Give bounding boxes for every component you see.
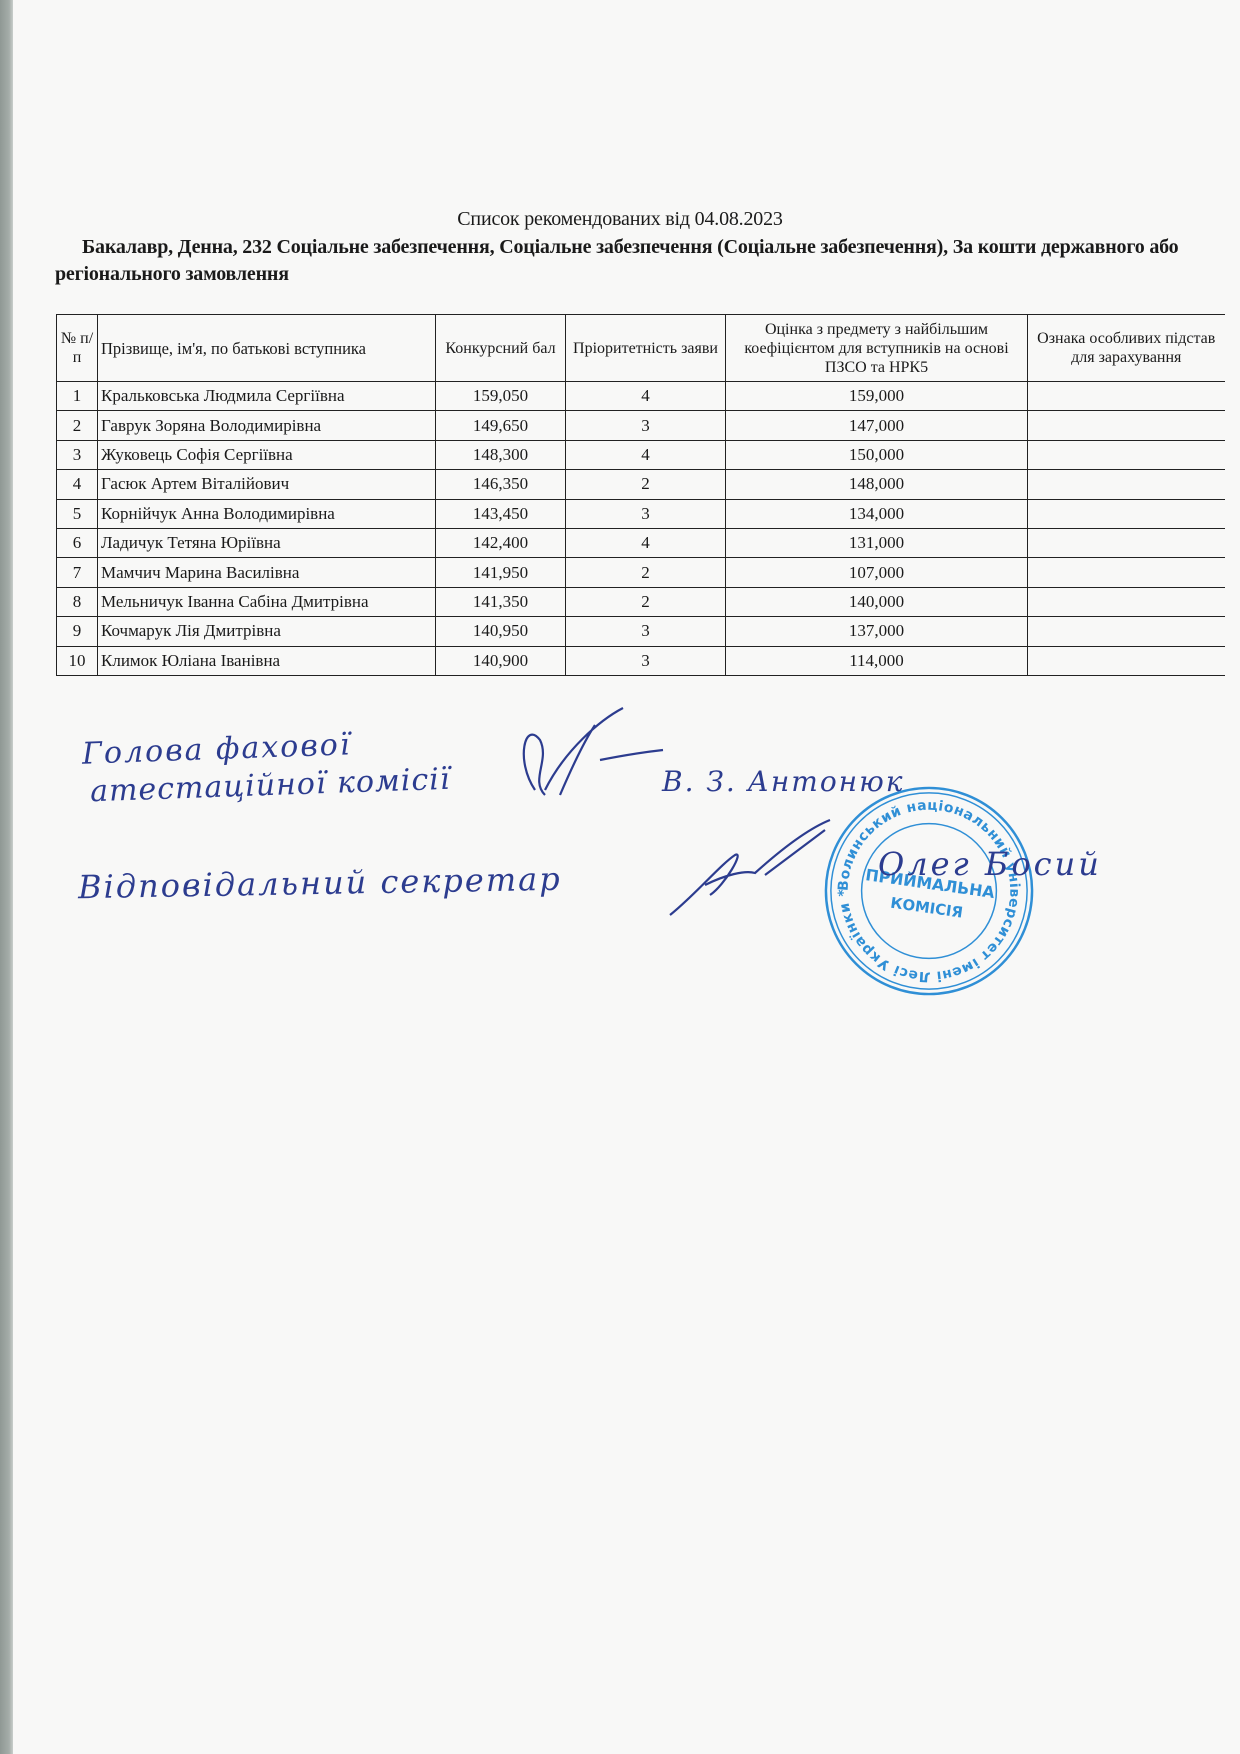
row-number-cell: 5	[57, 499, 98, 528]
subject-score-cell: 131,000	[726, 528, 1028, 557]
special-grounds-cell	[1028, 646, 1225, 675]
subject-score-cell: 147,000	[726, 411, 1028, 440]
chair-signature	[505, 700, 665, 810]
application-priority-cell: 4	[566, 382, 726, 411]
application-priority-cell: 4	[566, 440, 726, 469]
table-row: 7Мамчич Марина Василівна141,9502107,000	[57, 558, 1225, 587]
secretary-signature	[665, 815, 840, 925]
application-priority-cell: 4	[566, 528, 726, 557]
application-priority-cell: 3	[566, 646, 726, 675]
col-header-subject-score: Оцінка з предмету з найбільшим коефіцієн…	[726, 315, 1028, 382]
applicant-name-cell: Гасюк Артем Віталійович	[98, 470, 436, 499]
applicant-name-cell: Жуковець Софія Сергіївна	[98, 440, 436, 469]
competitive-score-cell: 140,900	[436, 646, 566, 675]
special-grounds-cell	[1028, 587, 1225, 616]
subject-score-cell: 107,000	[726, 558, 1028, 587]
competitive-score-cell: 141,350	[436, 587, 566, 616]
applicant-name-cell: Гаврук Зоряна Володимирівна	[98, 411, 436, 440]
special-grounds-cell	[1028, 440, 1225, 469]
table-row: 10Климок Юліана Іванівна140,9003114,000	[57, 646, 1225, 675]
recommended-list-table: № п/п Прізвище, ім'я, по батькові вступн…	[56, 314, 1225, 676]
subject-score-cell: 148,000	[726, 470, 1028, 499]
page-title: Список рекомендованих від 04.08.2023	[0, 208, 1240, 231]
subject-score-cell: 114,000	[726, 646, 1028, 675]
applicant-name-cell: Мельничук Іванна Сабіна Дмитрівна	[98, 587, 436, 616]
row-number-cell: 10	[57, 646, 98, 675]
subject-score-cell: 137,000	[726, 617, 1028, 646]
applicant-name-cell: Кральковська Людмила Сергіївна	[98, 382, 436, 411]
special-grounds-cell	[1028, 411, 1225, 440]
competitive-score-cell: 159,050	[436, 382, 566, 411]
table-row: 2Гаврук Зоряна Володимирівна149,6503147,…	[57, 411, 1225, 440]
col-header-special: Ознака особливих підстав для зарахування	[1028, 315, 1225, 382]
special-grounds-cell	[1028, 499, 1225, 528]
table-row: 9Кочмарук Лія Дмитрівна140,9503137,000	[57, 617, 1225, 646]
application-priority-cell: 3	[566, 499, 726, 528]
col-header-name: Прізвище, ім'я, по батькові вступника	[98, 315, 436, 382]
competitive-score-cell: 146,350	[436, 470, 566, 499]
row-number-cell: 7	[57, 558, 98, 587]
competitive-score-cell: 140,950	[436, 617, 566, 646]
application-priority-cell: 2	[566, 558, 726, 587]
table-row: 8Мельничук Іванна Сабіна Дмитрівна141,35…	[57, 587, 1225, 616]
row-number-cell: 2	[57, 411, 98, 440]
row-number-cell: 4	[57, 470, 98, 499]
table-row: 4Гасюк Артем Віталійович146,3502148,000	[57, 470, 1225, 499]
special-grounds-cell	[1028, 617, 1225, 646]
row-number-cell: 3	[57, 440, 98, 469]
competitive-score-cell: 142,400	[436, 528, 566, 557]
table-row: 3Жуковець Софія Сергіївна148,3004150,000	[57, 440, 1225, 469]
table-row: 6Ладичук Тетяна Юріївна142,4004131,000	[57, 528, 1225, 557]
col-header-score: Конкурсний бал	[436, 315, 566, 382]
subject-score-cell: 140,000	[726, 587, 1028, 616]
scan-edge	[0, 0, 13, 1754]
secretary-name-handwriting: Олег Босий	[878, 845, 1102, 883]
svg-text:КОМІСІЯ: КОМІСІЯ	[889, 894, 964, 922]
table-row: 5Корнійчук Анна Володимирівна143,4503134…	[57, 499, 1225, 528]
subject-score-cell: 159,000	[726, 382, 1028, 411]
applicant-name-cell: Климок Юліана Іванівна	[98, 646, 436, 675]
application-priority-cell: 3	[566, 617, 726, 646]
row-number-cell: 8	[57, 587, 98, 616]
competitive-score-cell: 143,450	[436, 499, 566, 528]
applicant-name-cell: Кочмарук Лія Дмитрівна	[98, 617, 436, 646]
application-priority-cell: 3	[566, 411, 726, 440]
page-subtitle: Бакалавр, Денна, 232 Соціальне забезпече…	[55, 234, 1235, 288]
col-header-number: № п/п	[57, 315, 98, 382]
row-number-cell: 6	[57, 528, 98, 557]
special-grounds-cell	[1028, 470, 1225, 499]
competitive-score-cell: 141,950	[436, 558, 566, 587]
applicant-name-cell: Корнійчук Анна Володимирівна	[98, 499, 436, 528]
subject-score-cell: 150,000	[726, 440, 1028, 469]
special-grounds-cell	[1028, 382, 1225, 411]
special-grounds-cell	[1028, 558, 1225, 587]
admissions-stamp: Волинський національний університет імен…	[820, 782, 1038, 1000]
table-header-row: № п/п Прізвище, ім'я, по батькові вступн…	[57, 315, 1225, 382]
special-grounds-cell	[1028, 528, 1225, 557]
row-number-cell: 1	[57, 382, 98, 411]
applicant-name-cell: Мамчич Марина Василівна	[98, 558, 436, 587]
applicant-name-cell: Ладичук Тетяна Юріївна	[98, 528, 436, 557]
subject-score-cell: 134,000	[726, 499, 1028, 528]
application-priority-cell: 2	[566, 470, 726, 499]
row-number-cell: 9	[57, 617, 98, 646]
competitive-score-cell: 148,300	[436, 440, 566, 469]
col-header-priority: Пріоритетність заяви	[566, 315, 726, 382]
application-priority-cell: 2	[566, 587, 726, 616]
competitive-score-cell: 149,650	[436, 411, 566, 440]
table-row: 1Кральковська Людмила Сергіївна159,05041…	[57, 382, 1225, 411]
